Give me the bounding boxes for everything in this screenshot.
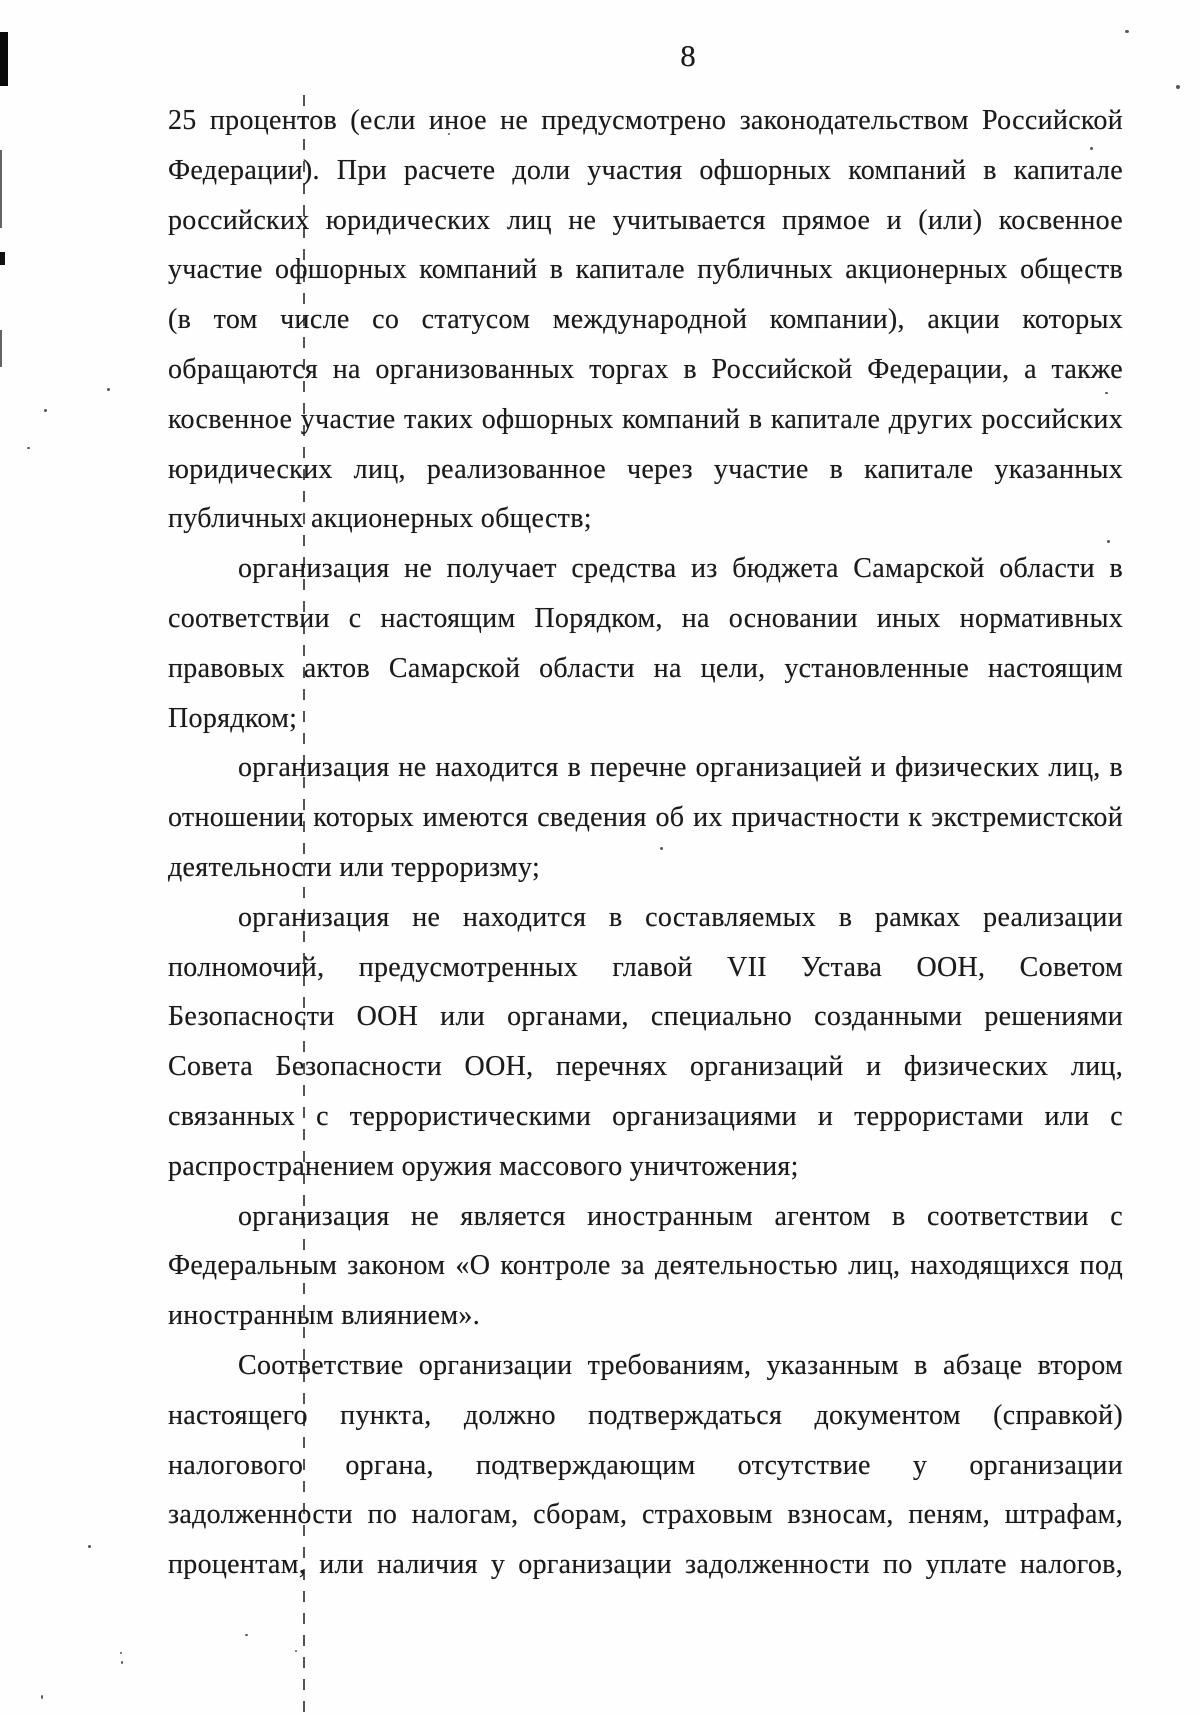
text-line: деятельности или терроризму; (168, 843, 1123, 893)
scan-speck (295, 1650, 297, 1652)
text-line: распространением оружия массового уничто… (168, 1142, 1123, 1192)
scan-speck (44, 409, 47, 412)
text-line: Совета Безопасности ООН, перечнях органи… (168, 1042, 1123, 1092)
text-line: задолженности по налогам, сборам, страхо… (168, 1490, 1123, 1540)
text-line: публичных акционерных обществ; (168, 494, 1123, 544)
scan-speck (27, 447, 30, 449)
scan-edge-artifact (0, 150, 2, 228)
text-line: Федеральным законом «О контроле за деяте… (168, 1241, 1123, 1291)
scan-speck (245, 1634, 248, 1636)
text-line: организация не находится в составляемых … (168, 893, 1123, 943)
text-line: Федерации). При расчете доли участия офш… (168, 146, 1123, 196)
scan-speck (1125, 30, 1129, 33)
scan-speck (88, 1545, 91, 1548)
text-line: Безопасности ООН или органами, специальн… (168, 992, 1123, 1042)
text-line: отношении которых имеются сведения об их… (168, 793, 1123, 843)
text-line: участие офшорных компаний в капитале пуб… (168, 245, 1123, 295)
text-line: налогового органа, подтверждающим отсутс… (168, 1441, 1123, 1491)
text-line: процентам, или наличия у организации зад… (168, 1540, 1123, 1590)
text-line: иностранным влиянием». (168, 1291, 1123, 1341)
scan-speck (120, 1652, 122, 1654)
text-line: настоящего пункта, должно подтверждаться… (168, 1391, 1123, 1441)
scan-speck (1107, 540, 1110, 543)
scan-speck (41, 1695, 43, 1699)
text-line: косвенное участие таких офшорных компани… (168, 395, 1123, 445)
scan-speck (660, 847, 663, 850)
scanned-document-page: 8 25 процентов (если иное не предусмотре… (0, 0, 1200, 1715)
document-text-block: 25 процентов (если иное не предусмотрено… (168, 96, 1123, 1590)
text-line: связанных с террористическими организаци… (168, 1092, 1123, 1142)
text-line: Порядком; (168, 694, 1123, 744)
scan-speck (1090, 147, 1093, 150)
scan-edge-artifact (0, 252, 5, 265)
scan-speck (107, 388, 110, 391)
text-line: российских юридических лиц не учитываетс… (168, 196, 1123, 246)
text-line: полномочий, предусмотренных главой VII У… (168, 943, 1123, 993)
scan-speck (1176, 85, 1180, 89)
scan-speck (448, 133, 450, 135)
text-line: (в том числе со статусом международной к… (168, 295, 1123, 345)
text-line: организация не является иностранным аген… (168, 1192, 1123, 1242)
text-line: 25 процентов (если иное не предусмотрено… (168, 96, 1123, 146)
text-line: Соответствие организации требованиям, ук… (168, 1341, 1123, 1391)
scan-edge-artifact (0, 330, 2, 367)
page-number: 8 (668, 38, 708, 74)
scan-edge-artifact (0, 32, 8, 86)
text-line: обращаются на организованных торгах в Ро… (168, 345, 1123, 395)
text-line: юридических лиц, реализованное через уча… (168, 445, 1123, 495)
text-line: организация не получает средства из бюдж… (168, 544, 1123, 594)
text-line: соответствии с настоящим Порядком, на ос… (168, 594, 1123, 644)
text-line: организация не находится в перечне орган… (168, 743, 1123, 793)
scan-speck (121, 1661, 123, 1664)
scan-speck (1105, 392, 1108, 394)
text-line: правовых актов Самарской области на цели… (168, 644, 1123, 694)
